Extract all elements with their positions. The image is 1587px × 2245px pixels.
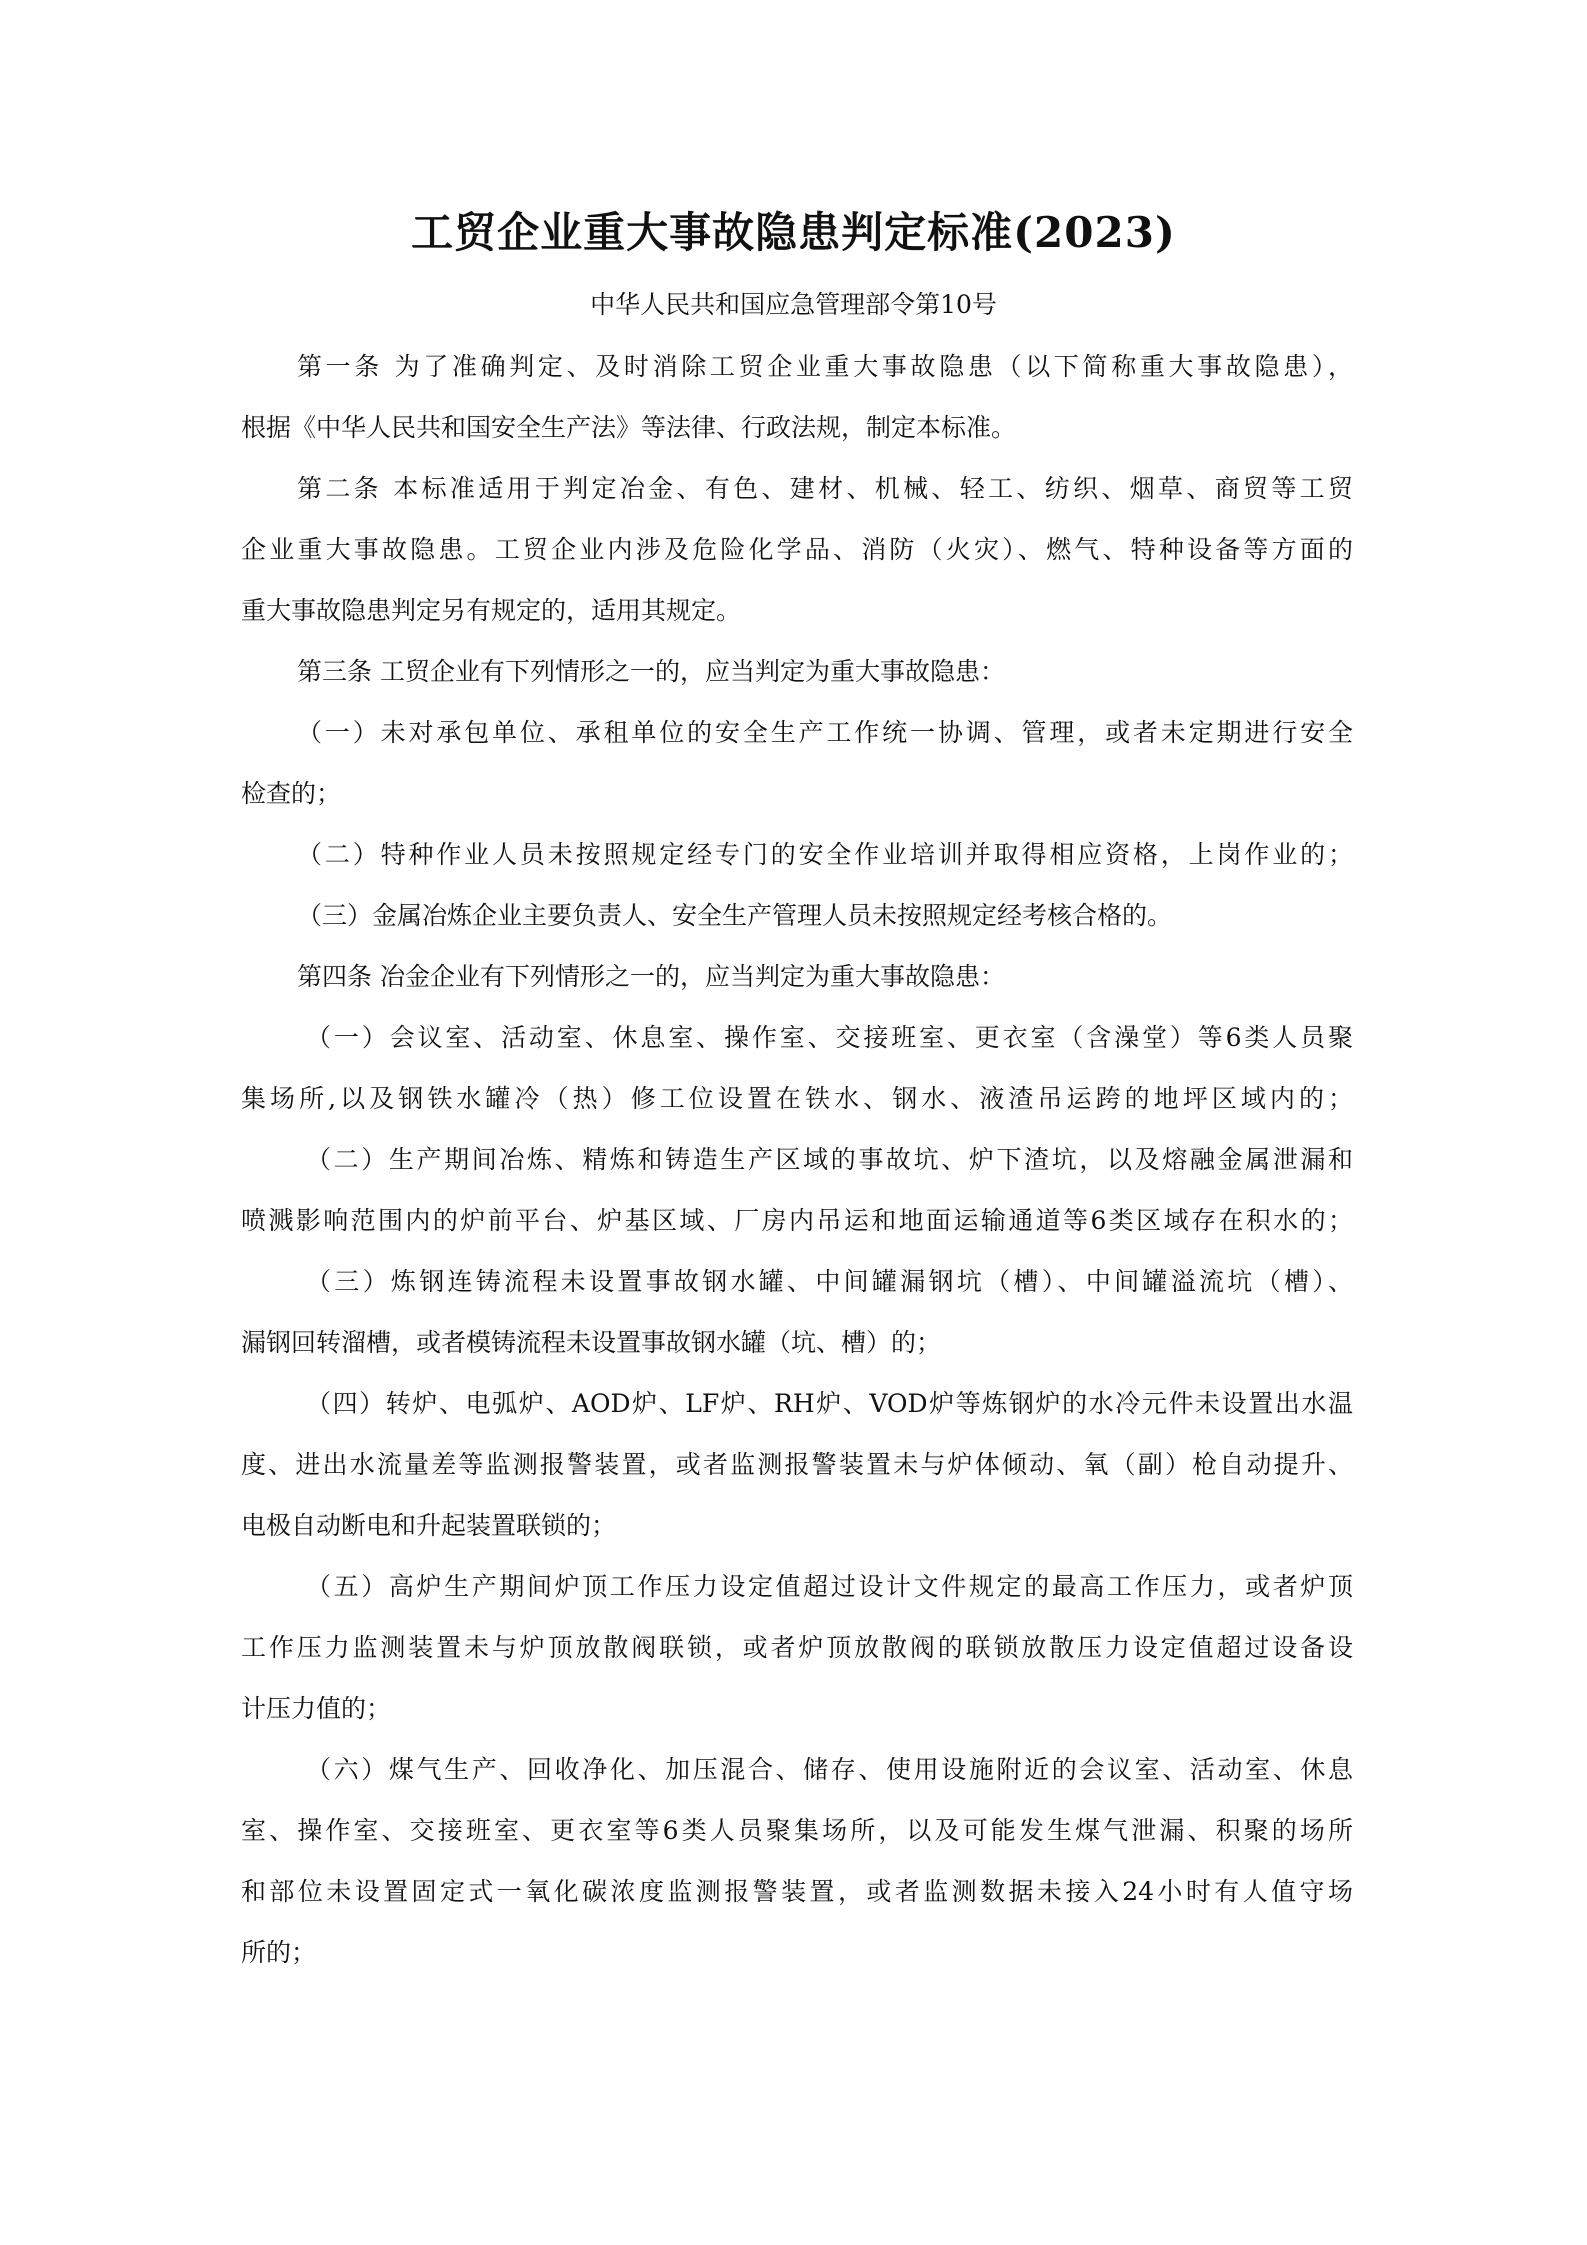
paragraph-line: 喷溅影响范围内的炉前平台、炉基区域、厂房内吊运和地面运输通道等6类区域存在积水的… [241,1203,1353,1239]
paragraph-line: 工作压力监测装置未与炉顶放散阀联锁，或者炉顶放散阀的联锁放散压力设定值超过设备设 [241,1630,1353,1666]
document-page: 工贸企业重大事故隐患判定标准(2023) 中华人民共和国应急管理部令第10号 第… [0,0,1587,2245]
paragraph-line: 计压力值的； [241,1691,1353,1727]
paragraph-line: 室、操作室、交接班室、更衣室等6类人员聚集场所，以及可能发生煤气泄漏、积聚的场所 [241,1813,1353,1849]
paragraph-line: （二）生产期间冶炼、精炼和铸造生产区域的事故坑、炉下渣坑，以及熔融金属泄漏和 [306,1142,1353,1178]
paragraph-line: 电极自动断电和升起装置联锁的； [241,1508,1353,1544]
paragraph-line: 第一条 为了准确判定、及时消除工贸企业重大事故隐患（以下简称重大事故隐患）， [297,349,1353,385]
paragraph-line: 企业重大事故隐患。工贸企业内涉及危险化学品、消防（火灾）、燃气、特种设备等方面的 [241,532,1353,568]
paragraph-line: 漏钢回转溜槽，或者模铸流程未设置事故钢水罐（坑、槽）的； [241,1325,1353,1361]
paragraph-line: 和部位未设置固定式一氧化碳浓度监测报警装置，或者监测数据未接入24小时有人值守场 [241,1874,1353,1910]
paragraph-line: 根据《中华人民共和国安全生产法》等法律、行政法规，制定本标准。 [241,410,1353,446]
paragraph-line: （三）金属冶炼企业主要负责人、安全生产管理人员未按照规定经考核合格的。 [297,898,1353,934]
paragraph-line: 集场所,以及钢铁水罐冷（热）修工位设置在铁水、钢水、液渣吊运跨的地坪区域内的； [241,1081,1353,1117]
paragraph-line: 重大事故隐患判定另有规定的，适用其规定。 [241,593,1353,629]
document-subtitle: 中华人民共和国应急管理部令第10号 [0,287,1587,323]
paragraph-line: （五）高炉生产期间炉顶工作压力设定值超过设计文件规定的最高工作压力，或者炉顶 [306,1569,1353,1605]
paragraph-line: （六）煤气生产、回收净化、加压混合、储存、使用设施附近的会议室、活动室、休息 [306,1752,1353,1788]
paragraph-line: 第四条 冶金企业有下列情形之一的，应当判定为重大事故隐患： [297,959,1353,995]
paragraph-line: （一）未对承包单位、承租单位的安全生产工作统一协调、管理，或者未定期进行安全 [297,715,1353,751]
paragraph-line: （四）转炉、电弧炉、AOD炉、LF炉、RH炉、VOD炉等炼钢炉的水冷元件未设置出… [306,1386,1353,1422]
paragraph-line: （一）会议室、活动室、休息室、操作室、交接班室、更衣室（含澡堂）等6类人员聚 [306,1020,1353,1056]
document-title: 工贸企业重大事故隐患判定标准(2023) [0,205,1587,261]
paragraph-line: 所的； [241,1935,1353,1971]
paragraph-line: 第三条 工贸企业有下列情形之一的，应当判定为重大事故隐患： [297,654,1353,690]
paragraph-line: （二）特种作业人员未按照规定经专门的安全作业培训并取得相应资格，上岗作业的； [297,837,1353,873]
paragraph-line: 度、进出水流量差等监测报警装置，或者监测报警装置未与炉体倾动、氧（副）枪自动提升… [241,1447,1353,1483]
paragraph-line: 第二条 本标准适用于判定冶金、有色、建材、机械、轻工、纺织、烟草、商贸等工贸 [297,471,1353,507]
paragraph-line: 检查的； [241,776,1353,812]
paragraph-line: （三）炼钢连铸流程未设置事故钢水罐、中间罐漏钢坑（槽）、中间罐溢流坑（槽）、 [306,1264,1353,1300]
